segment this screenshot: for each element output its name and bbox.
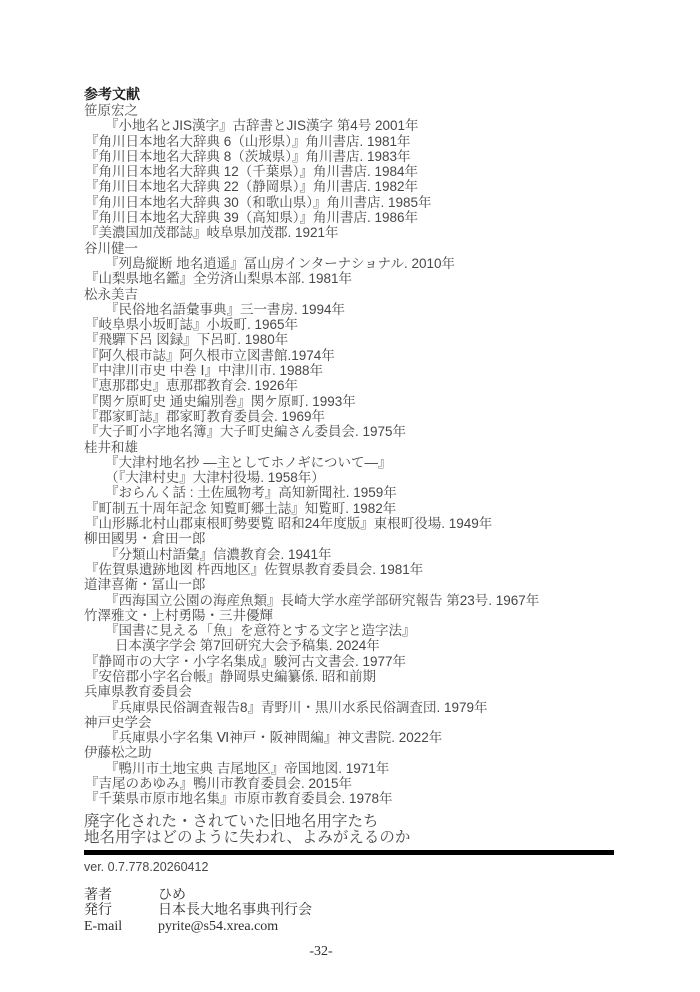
reference-entry: 『兵庫県小字名集 Ⅵ神戸・阪神間編』神文書院. 2022年 <box>84 730 614 745</box>
reference-entry: 『分類山村語彙』信濃教育会. 1941年 <box>84 547 614 562</box>
colophon-row: 著者ひめ <box>84 888 614 904</box>
reference-entry: 『佐賀県遺跡地図 杵西地区』佐賀県教育委員会. 1981年 <box>84 562 614 577</box>
reference-entry: 『郡家町誌』郡家町教育委員会. 1969年 <box>84 409 614 424</box>
colophon-value: ひめ <box>158 888 614 904</box>
reference-entry: 『角川日本地名大辞典 6（山形県）』角川書店. 1981年 <box>84 134 614 149</box>
document-title-line1: 廃字化された・されていた旧地名用字たち <box>84 814 614 831</box>
reference-entry: 『町制五十周年記念 知覧町郷土誌』知覧町. 1982年 <box>84 501 614 516</box>
reference-entry: 『小地名とJIS漢字』古辞書とJIS漢字 第4号 2001年 <box>84 118 614 133</box>
reference-entry: 『西海国立公園の海産魚類』長崎大学水産学部研究報告 第23号. 1967年 <box>84 593 614 608</box>
reference-entry: 『角川日本地名大辞典 22（静岡県）』角川書店. 1982年 <box>84 179 614 194</box>
reference-entry: 『大津村地名抄 ―主としてホノギについて―』 <box>84 455 614 470</box>
author-name: 柳田國男・倉田一郎 <box>84 531 614 546</box>
reference-entry: 『美濃国加茂郡誌』岐阜県加茂郡. 1921年 <box>84 225 614 240</box>
document-page: 参考文献 笹原宏之『小地名とJIS漢字』古辞書とJIS漢字 第4号 2001年『… <box>0 0 700 992</box>
reference-entry: 『民俗地名語彙事典』三一書房. 1994年 <box>84 302 614 317</box>
reference-entry: 『角川日本地名大辞典 30（和歌山県）』角川書店. 1985年 <box>84 195 614 210</box>
reference-entry: 『鴨川市土地宝典 吉尾地区』帝国地図. 1971年 <box>84 761 614 776</box>
author-name: 神戸史学会 <box>84 715 614 730</box>
reference-entry: 『静岡市の大字・小字名集成』駿河古文書会. 1977年 <box>84 654 614 669</box>
reference-entry: 『大子町小字地名簿』大子町史編さん委員会. 1975年 <box>84 424 614 439</box>
reference-entry: 『中津川市史 中巻 Ⅰ』中津川市. 1988年 <box>84 363 614 378</box>
author-name: 兵庫県教育委員会 <box>84 684 614 699</box>
author-name: 松永美吉 <box>84 287 614 302</box>
author-name: 道津喜衛・冨山一郎 <box>84 577 614 592</box>
reference-entry: 『山梨県地名鑑』全労済山梨県本部. 1981年 <box>84 271 614 286</box>
colophon-value: 日本長大地名事典刊行会 <box>158 903 614 919</box>
reference-entry: 『山形縣北村山郡東根町勢要覧 昭和24年度版』東根町役場. 1949年 <box>84 516 614 531</box>
reference-entry: 『吉尾のあゆみ』鴨川市教育委員会. 2015年 <box>84 776 614 791</box>
reference-entry: 『阿久根市誌』阿久根市立図書館.1974年 <box>84 348 614 363</box>
document-title: 廃字化された・されていた旧地名用字たち 地名用字はどのように失われ、よみがえるの… <box>84 814 614 847</box>
author-name: 笹原宏之 <box>84 103 614 118</box>
author-name: 桂井和雄 <box>84 440 614 455</box>
colophon-label: 発行 <box>84 903 158 919</box>
reference-entry: 日本漢字学会 第7回研究大会予稿集. 2024年 <box>84 638 614 653</box>
colophon-label: E-mail <box>84 919 158 935</box>
page-number: -32- <box>84 944 614 959</box>
colophon-row: E-mailpyrite@s54.xrea.com <box>84 919 614 935</box>
reference-entry: 『国書に見える「魚」を意符とする文字と造字法』 <box>84 623 614 638</box>
reference-entry: 『角川日本地名大辞典 39（高知県）』角川書店. 1986年 <box>84 210 614 225</box>
author-name: 竹澤雅文・上村勇陽・三井優輝 <box>84 608 614 623</box>
colophon-row: 発行日本長大地名事典刊行会 <box>84 903 614 919</box>
reference-entry: 『関ケ原町史 通史編別巻』関ケ原町. 1993年 <box>84 394 614 409</box>
reference-entry: 『兵庫県民俗調査報告8』青野川・黒川水系民俗調査団. 1979年 <box>84 700 614 715</box>
reference-entry: 『角川日本地名大辞典 12（千葉県）』角川書店. 1984年 <box>84 164 614 179</box>
references-heading: 参考文献 <box>84 86 614 103</box>
author-name: 伊藤松之助 <box>84 745 614 760</box>
colophon-value: pyrite@s54.xrea.com <box>158 919 614 935</box>
references-list: 笹原宏之『小地名とJIS漢字』古辞書とJIS漢字 第4号 2001年『角川日本地… <box>84 103 614 807</box>
document-title-line2: 地名用字はどのように失われ、よみがえるのか <box>84 830 614 847</box>
reference-entry: 『おらんく話 : 土佐風物考』高知新聞社. 1959年 <box>84 485 614 500</box>
reference-entry: （『大津村史』大津村役場. 1958年） <box>84 470 614 485</box>
colophon-label: 著者 <box>84 888 158 904</box>
reference-entry: 『飛驒下呂 図録』下呂町. 1980年 <box>84 332 614 347</box>
reference-entry: 『千葉県市原市地名集』市原市教育委員会. 1978年 <box>84 791 614 806</box>
reference-entry: 『恵那郡史』恵那郡教育会. 1926年 <box>84 378 614 393</box>
version-text: ver. 0.7.778.20260412 <box>84 860 614 875</box>
colophon: 著者ひめ発行日本長大地名事典刊行会E-mailpyrite@s54.xrea.c… <box>84 888 614 935</box>
reference-entry: 『岐阜県小坂町誌』小坂町. 1965年 <box>84 317 614 332</box>
double-horizontal-rule <box>84 850 614 855</box>
page-content: 参考文献 笹原宏之『小地名とJIS漢字』古辞書とJIS漢字 第4号 2001年『… <box>84 86 614 959</box>
reference-entry: 『安倍郡小字名台帳』静岡県史編纂係. 昭和前期 <box>84 669 614 684</box>
reference-entry: 『角川日本地名大辞典 8（茨城県）』角川書店. 1983年 <box>84 149 614 164</box>
reference-entry: 『列島縦断 地名逍遥』冨山房インターナショナル. 2010年 <box>84 256 614 271</box>
author-name: 谷川健一 <box>84 241 614 256</box>
